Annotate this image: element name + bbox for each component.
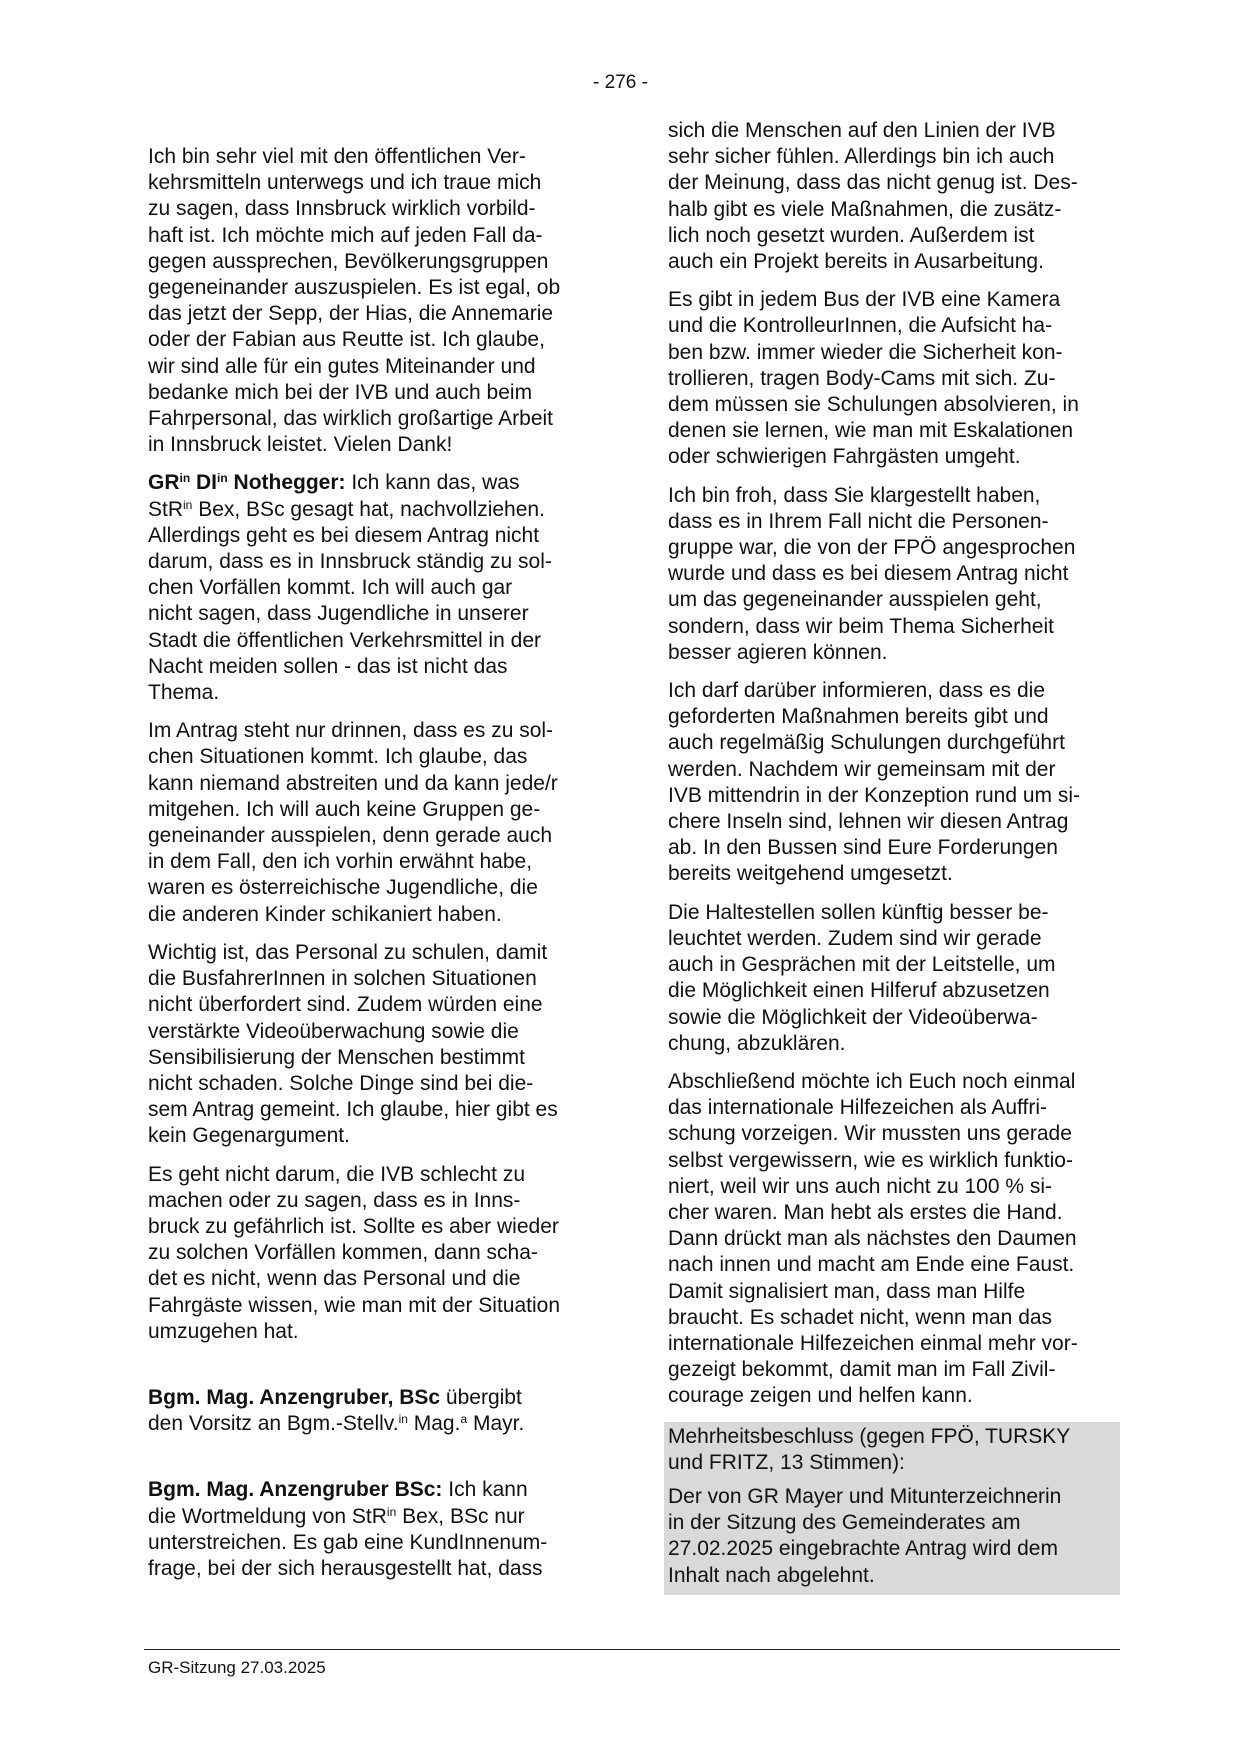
footer-divider (144, 1649, 1120, 1650)
left-column: Ich bin sehr viel mit den öffentlichen V… (148, 144, 598, 1594)
paragraph: Die Haltestellen sollen künftig besser b… (668, 900, 1120, 1057)
decision-text: Der von GR Mayer und Mitunterzeichnerin … (668, 1482, 1116, 1595)
resolution-box: Mehrheitsbeschluss (gegen FPÖ, TURSKY un… (664, 1422, 1120, 1595)
paragraph: Im Antrag steht nur drinnen, dass es zu … (148, 718, 598, 928)
paragraph: Ich bin sehr viel mit den öffentlichen V… (148, 144, 598, 458)
paragraph: Ich bin froh, dass Sie klargestellt habe… (668, 483, 1120, 666)
paragraph: Ich darf darüber informieren, dass es di… (668, 678, 1120, 888)
speaker-paragraph-anzengruber: Bgm. Mag. Anzengruber BSc: Ich kann die … (148, 1477, 598, 1582)
paragraph: Abschließend möchte ich Euch noch einmal… (668, 1069, 1120, 1410)
paragraph: Es gibt in jedem Bus der IVB eine Kamera… (668, 287, 1120, 470)
speaker-name: Bgm. Mag. Anzengruber BSc: (148, 1478, 442, 1501)
vote-result: Mehrheitsbeschluss (gegen FPÖ, TURSKY un… (668, 1422, 1116, 1482)
paragraph: Wichtig ist, das Personal zu schulen, da… (148, 940, 598, 1150)
speaker-paragraph-nothegger: GRin DIin Nothegger: Ich kann das, was S… (148, 470, 598, 706)
paragraph: Es geht nicht darum, die IVB schlecht zu… (148, 1162, 598, 1345)
speaker-name: GRin DIin Nothegger: (148, 471, 346, 494)
speaker-name: Bgm. Mag. Anzengruber, BSc (148, 1386, 440, 1409)
right-column: sich die Menschen auf den Linien der IVB… (668, 118, 1120, 1595)
chair-handover-note: Bgm. Mag. Anzengruber, BSc übergibt den … (148, 1385, 598, 1437)
page-number: - 276 - (0, 72, 1241, 94)
footer-session-date: GR-Sitzung 27.03.2025 (148, 1658, 326, 1678)
paragraph: sich die Menschen auf den Linien der IVB… (668, 118, 1120, 275)
